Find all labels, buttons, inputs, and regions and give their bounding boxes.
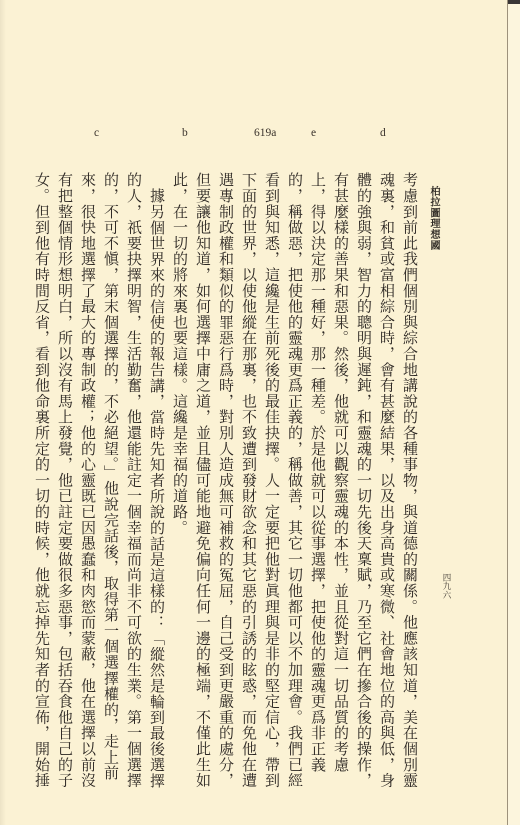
text-column: 來，很快地選擇了最大的專制政權；他的心靈既已因愚蠢和肉慾而蒙蔽，他在選擇以前沒: [76, 172, 99, 800]
stephanus-marker: 619a: [254, 127, 276, 139]
adjacent-page-strip: [508, 0, 520, 825]
text-column: 有甚麼樣的善果和惡果。然後，他就可以觀察靈魂的本性，並且從對這一切品質的考慮: [329, 172, 352, 800]
text-column: 考慮到前此我們個別與綜合地講說的各種事物，與道德的關係。他應該知道，美在個別靈: [398, 172, 421, 800]
text-column: 看到與知悉，這纔是生前死後的最佳抉擇。人一定要把他對眞理與是非的堅定信心，帶到: [260, 172, 283, 800]
scan-corner-artifact: [508, 0, 520, 4]
stephanus-marker: c: [94, 127, 99, 139]
text-column: 遇專制政權和類似的罪惡行爲時，對別人造成無可補救的冤屈，自己受到更嚴重的處分，: [214, 172, 237, 800]
body-text: 考慮到前此我們個別與綜合地講說的各種事物，與道德的關係。他應該知道，美在個別靈 …: [30, 172, 421, 800]
text-column: 此，在一切的將來裏也要這樣。這纔是幸福的道路。: [168, 172, 191, 800]
text-column: 的，稱做惡，把使他的靈魂更爲正義的，稱做善，其它一切他都可以不加理會。我們已經: [283, 172, 306, 800]
stephanus-marker: e: [311, 127, 316, 139]
spine-shadow: [0, 0, 6, 825]
text-column: 魂裏，和貧或富相綜合時，會有甚麼結果，以及出身高貴或寒微、社會地位的高與低，身: [375, 172, 398, 800]
text-column: 的，不可不愼，第末個選擇的，不必絕望。」他說完話後，取得第一個選擇權的，走上前: [99, 172, 122, 800]
text-column: 下面的世界，以使他縱在那裏，也不致遭到發財欲念和其它惡的引誘的眩惑，而免他在遭: [237, 172, 260, 800]
text-column: 的人，祇要抉擇明智，生活勤奮，他還能註定一個幸福而尚非不可欲的生業。第一個選擇: [122, 172, 145, 800]
page-number: 四九六: [441, 573, 451, 599]
text-column: 但要讓他知道，如何選擇中庸之道，並且儘可能地避免偏向任何一邊的極端，不僅此生如: [191, 172, 214, 800]
running-head: 柏拉圖理想國: [427, 186, 439, 251]
text-column: 女。但到他有時間反省，看到他命裏所定的一切的時候，他就忘掉先知者的宣佈，開始捶: [30, 172, 53, 800]
stephanus-markers: d e 619a b c: [0, 127, 520, 145]
stephanus-marker: d: [380, 127, 386, 139]
paragraph-start-column: 據另個世界來的信使的報告講，當時先知者所說的話是這樣的：「縱然是輪到最後選擇: [145, 172, 168, 800]
page-edge-line: [507, 0, 508, 825]
stephanus-marker: b: [182, 127, 188, 139]
text-column: 上，得以決定那一種好，那一種差。於是他就可以從事選擇，把使他的靈魂更爲非正義: [306, 172, 329, 800]
text-column: 有把整個情形想明白，所以沒有馬上發覺，他已註定要做很多惡事，包括吞食他自己的子: [53, 172, 76, 800]
text-column: 體的強與弱，智力的聰明與遲鈍，和靈魂的一切先後天稟賦，乃至它們在摻合後的操作，: [352, 172, 375, 800]
